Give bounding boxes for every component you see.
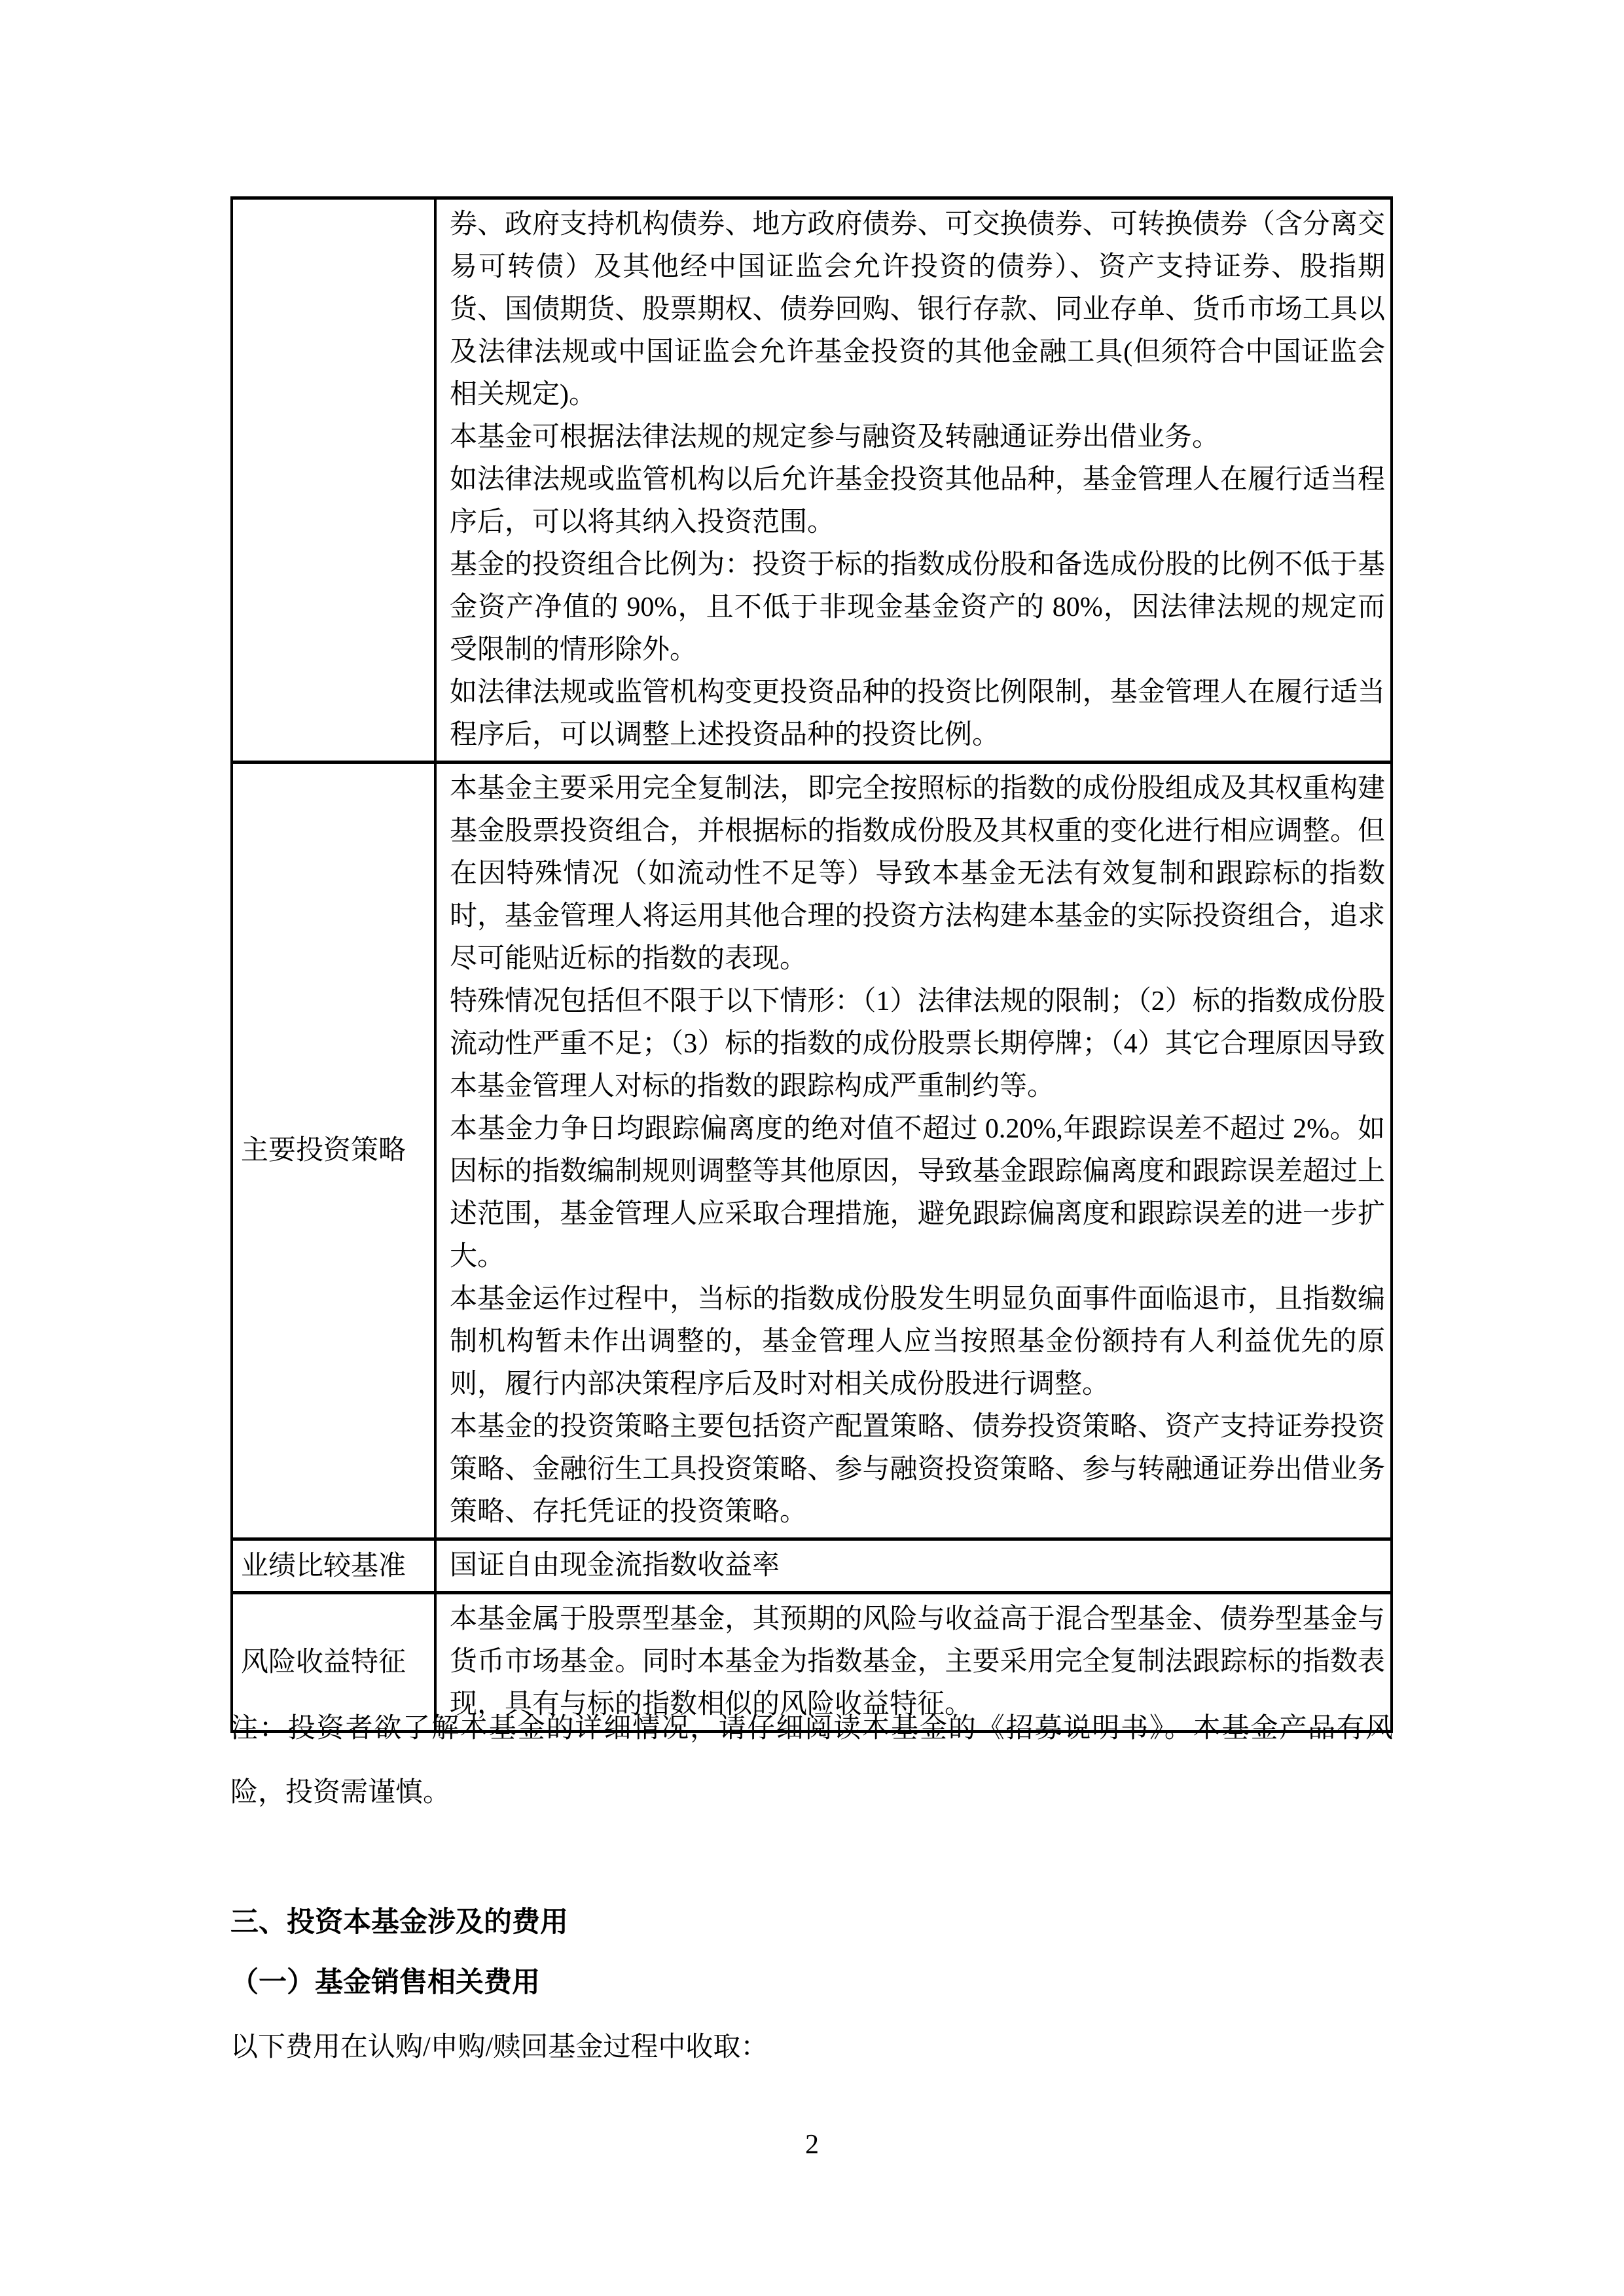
section-heading-fees: 三、投资本基金涉及的费用 [230,1903,1393,1943]
document-page: 券、政府支持机构债券、地方政府债券、可交换债券、可转换债券（含分离交易可转债）及… [0,0,1624,2296]
cell-paragraph: 特殊情况包括但不限于以下情形：（1）法律法规的限制；（2）标的指数成份股流动性严… [450,980,1385,1108]
row-content-cell: 本基金主要采用完全复制法，即完全按照标的指数的成份股组成及其权重构建基金股票投资… [435,762,1392,1539]
row-content-cell: 券、政府支持机构债券、地方政府债券、可交换债券、可转换债券（含分离交易可转债）及… [435,198,1392,762]
fund-summary-table: 券、政府支持机构债券、地方政府债券、可交换债券、可转换债券（含分离交易可转债）及… [230,196,1393,1733]
cell-paragraph: 如法律法规或监管机构以后允许基金投资其他品种，基金管理人在履行适当程序后，可以将… [450,459,1385,544]
cell-paragraph: 如法律法规或监管机构变更投资品种的投资比例限制，基金管理人在履行适当程序后，可以… [450,672,1385,757]
table-row-performance-benchmark: 业绩比较基准 国证自由现金流指数收益率 [232,1539,1392,1593]
cell-paragraph: 本基金主要采用完全复制法，即完全按照标的指数的成份股组成及其权重构建基金股票投资… [450,768,1385,980]
row-label-cell [232,198,435,762]
row-label-cell: 业绩比较基准 [232,1539,435,1593]
cell-paragraph: 本基金的投资策略主要包括资产配置策略、债券投资策略、资产支持证券投资策略、金融衍… [450,1406,1385,1534]
cell-paragraph: 券、政府支持机构债券、地方政府债券、可交换债券、可转换债券（含分离交易可转债）及… [450,204,1385,416]
page-number: 2 [0,2128,1624,2161]
cell-paragraph: 基金的投资组合比例为：投资于标的指数成份股和备选成份股的比例不低于基金资产净值的… [450,544,1385,672]
cell-paragraph: 本基金力争日均跟踪偏离度的绝对值不超过 0.20%,年跟踪误差不超过 2%。如因… [450,1108,1385,1278]
table-row-main-investment-strategy: 主要投资策略 本基金主要采用完全复制法，即完全按照标的指数的成份股组成及其权重构… [232,762,1392,1539]
subsection-heading-sales-fees: （一）基金销售相关费用 [230,1964,1393,2003]
cell-paragraph: 国证自由现金流指数收益率 [450,1545,1385,1587]
row-label-cell: 主要投资策略 [232,762,435,1539]
row-content-cell: 国证自由现金流指数收益率 [435,1539,1392,1593]
cell-paragraph: 本基金运作过程中，当标的指数成份股发生明显负面事件面临退市，且指数编制机构暂未作… [450,1278,1385,1406]
fees-intro-text: 以下费用在认购/申购/赎回基金过程中收取： [230,2028,1393,2067]
note-paragraph: 注：投资者欲了解本基金的详细情况，请仔细阅读本基金的《招募说明书》。本基金产品有… [230,1696,1393,1825]
table-row-investment-scope: 券、政府支持机构债券、地方政府债券、可交换债券、可转换债券（含分离交易可转债）及… [232,198,1392,762]
cell-paragraph: 本基金可根据法律法规的规定参与融资及转融通证券出借业务。 [450,416,1385,459]
